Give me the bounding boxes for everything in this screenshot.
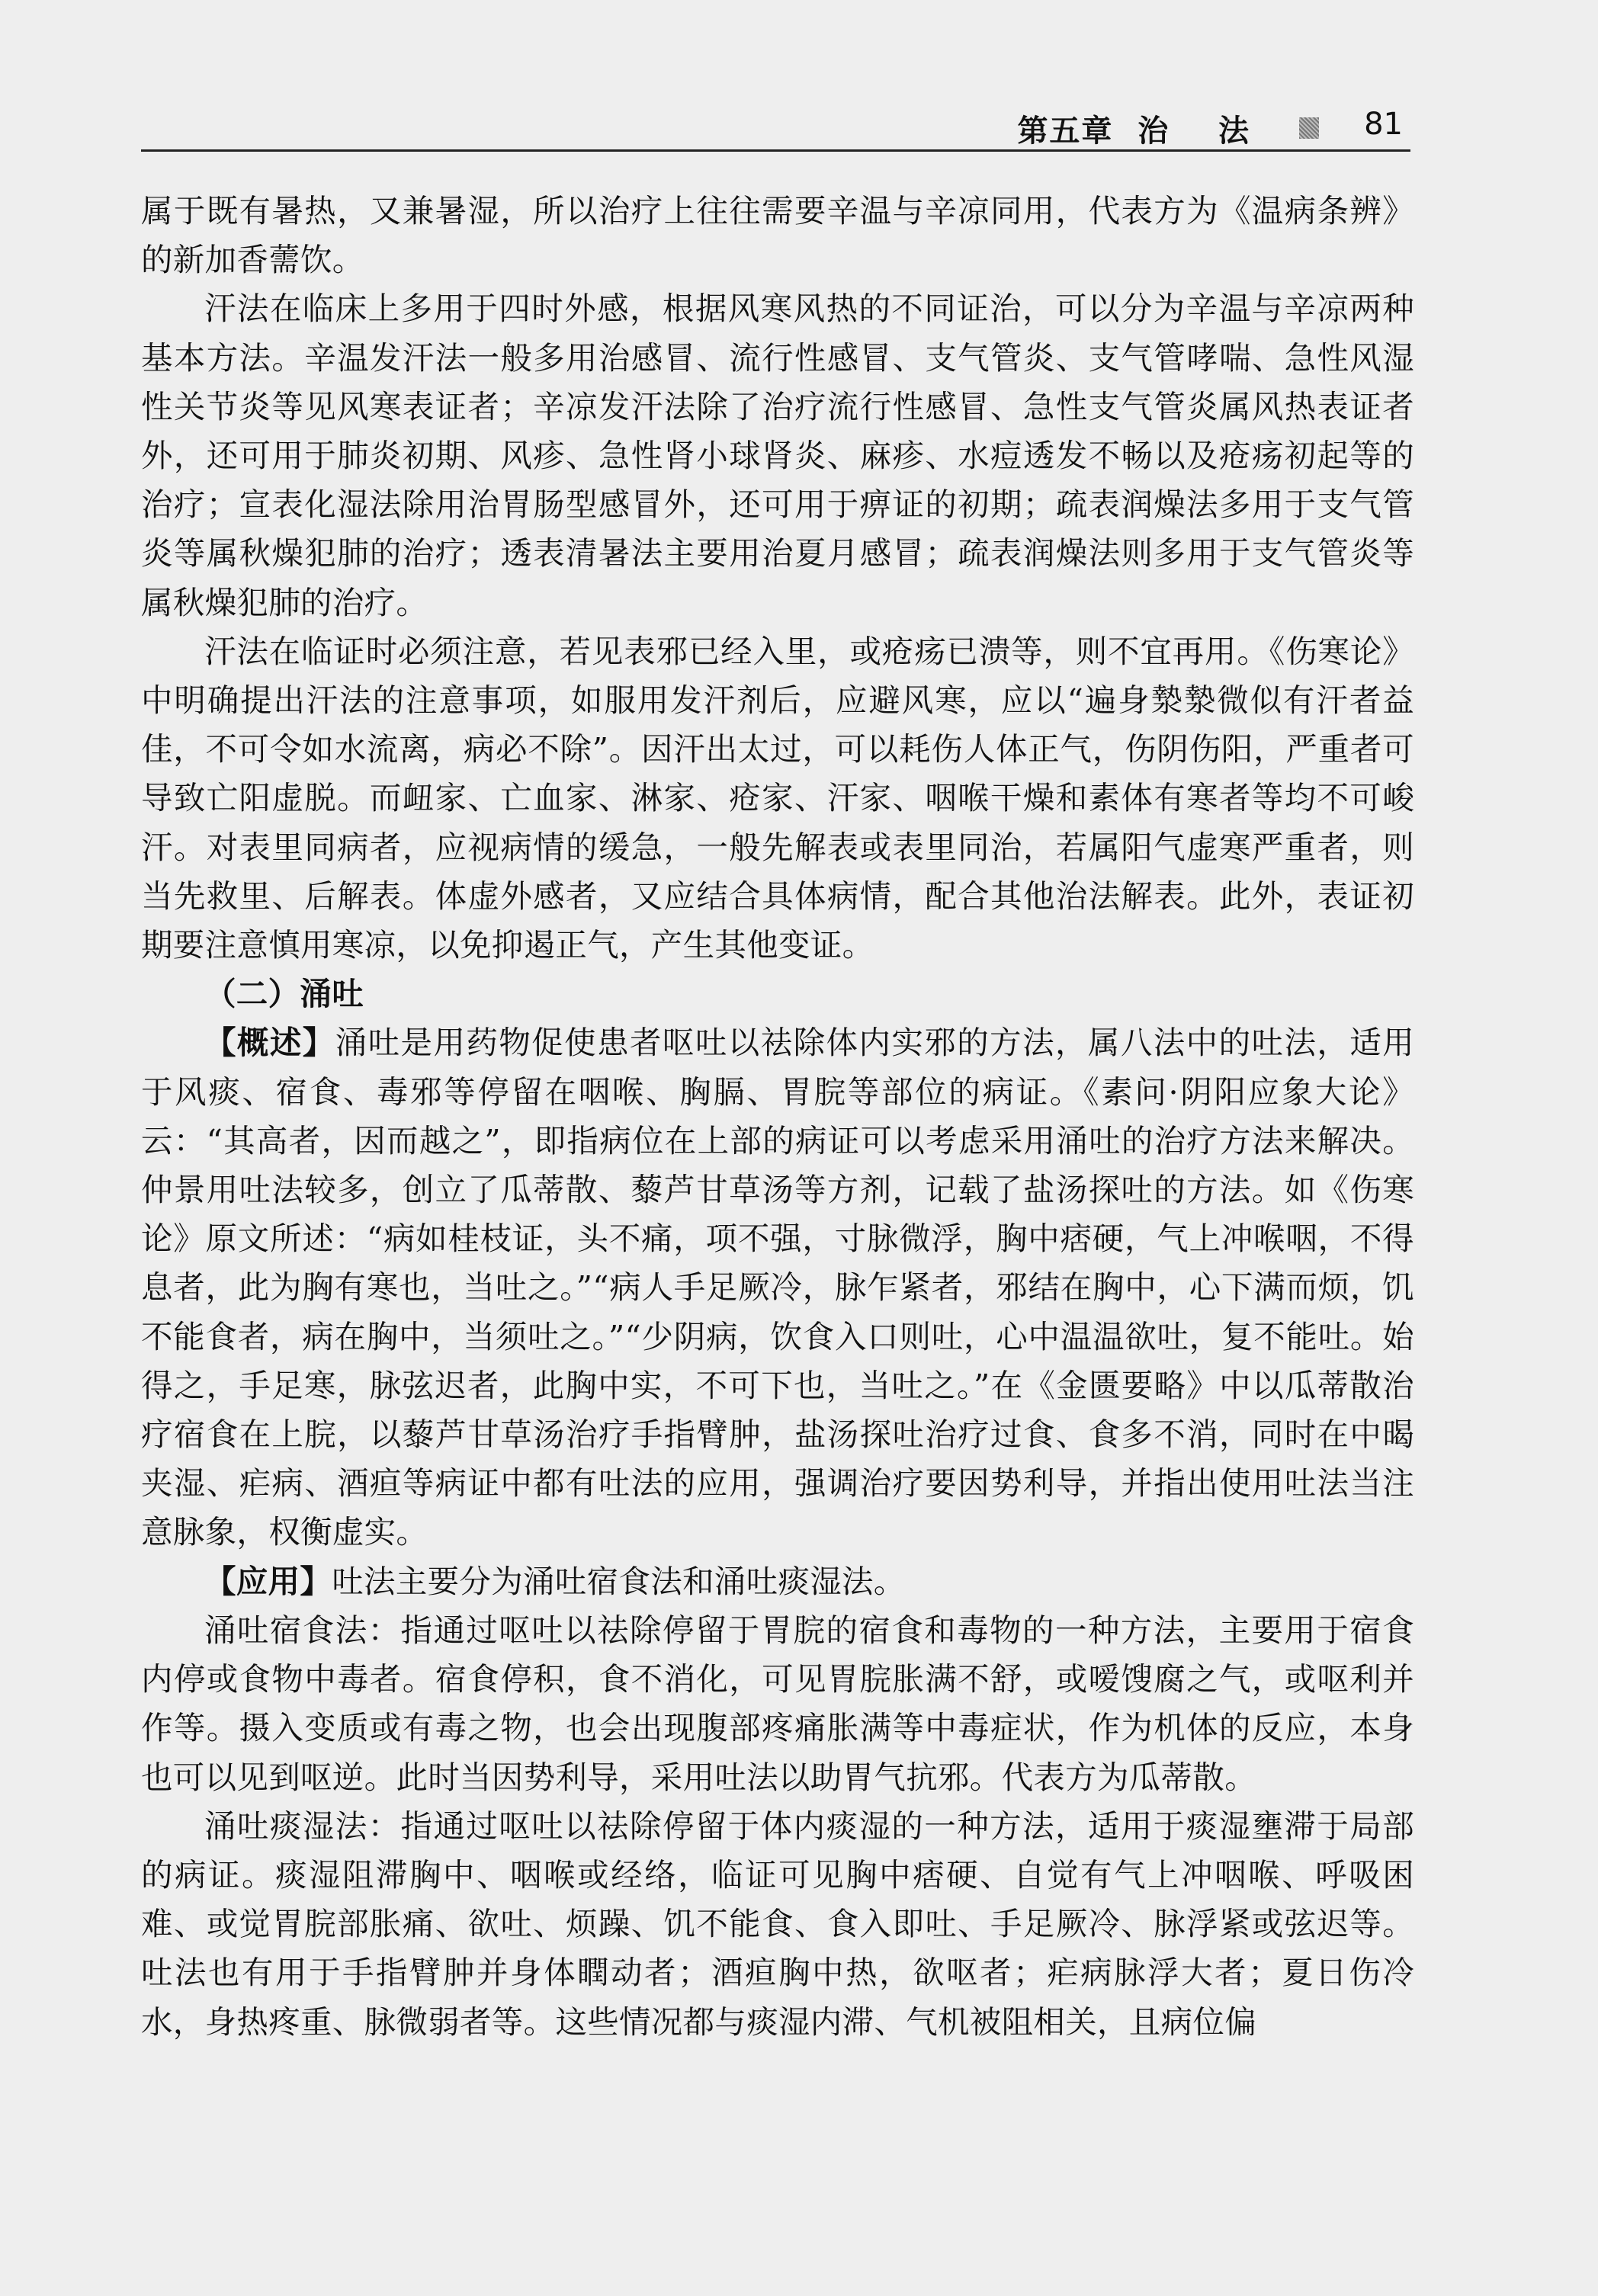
paragraph-overview: 【概述】涌吐是用药物促使患者呕吐以祛除体内实邪的方法，属八法中的吐法，适用于风痰… [141,1018,1414,1557]
application-text: 吐法主要分为涌吐宿食法和涌吐痰湿法。 [332,1563,905,1600]
section-heading: （二）涌吐 [141,970,1414,1018]
page-header: 第五章 治 法 81 [141,107,1410,149]
header-rule [141,149,1410,152]
paragraph: 属于既有暑热，又兼暑湿，所以治疗上往往需要辛温与辛凉同用，代表方为《温病条辨》的… [141,187,1414,284]
paragraph: 涌吐宿食法：指通过呕吐以祛除停留于胃脘的宿食和毒物的一种方法，主要用于宿食内停或… [141,1606,1414,1802]
page-number: 81 [1364,107,1403,142]
overview-text: 涌吐是用药物促使患者呕吐以祛除体内实邪的方法，属八法中的吐法，适用于风痰、宿食、… [141,1024,1414,1550]
chapter-title: 第五章 治 法 [1017,107,1250,150]
paragraph: 涌吐痰湿法：指通过呕吐以祛除停留于体内痰湿的一种方法，适用于痰湿壅滞于局部的病证… [141,1802,1414,2047]
overview-tag: 【概述】 [204,1024,335,1061]
header-ornament-icon [1299,117,1319,139]
page-body: 属于既有暑热，又兼暑湿，所以治疗上往往需要辛温与辛凉同用，代表方为《温病条辨》的… [141,187,1414,2047]
paragraph-application: 【应用】吐法主要分为涌吐宿食法和涌吐痰湿法。 [141,1557,1414,1606]
paragraph: 汗法在临床上多用于四时外感，根据风寒风热的不同证治，可以分为辛温与辛凉两种基本方… [141,284,1414,627]
application-tag: 【应用】 [204,1563,332,1600]
paragraph: 汗法在临证时必须注意，若见表邪已经入里，或疮疡已溃等，则不宜再用。《伤寒论》中明… [141,627,1414,970]
